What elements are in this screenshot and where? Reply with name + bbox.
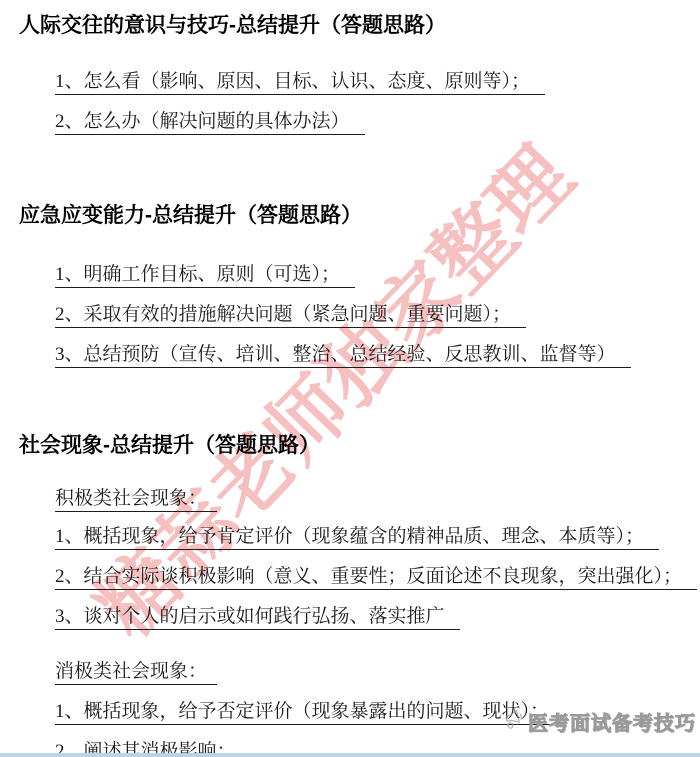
outline-item: 3、谈对个人的启示或如何践行弘扬、落实推广 <box>55 605 700 629</box>
outline-item-text: 1、概括现象，给予否定评价（现象暴露出的问题、现状）； <box>55 701 564 725</box>
section-title: 社会现象-总结提升（答题思路） <box>19 433 700 459</box>
subsection: 消极类社会现象：1、概括现象，给予否定评价（现象暴露出的问题、现状）；2、阐述其… <box>0 660 700 757</box>
document-page: 糖蒜老师独家整理 人际交往的意识与技巧-总结提升（答题思路）1、怎么看（影响、原… <box>0 0 700 757</box>
document-content: 人际交往的意识与技巧-总结提升（答题思路）1、怎么看（影响、原因、目标、认识、态… <box>0 0 700 757</box>
section-title: 人际交往的意识与技巧-总结提升（答题思路） <box>19 13 700 39</box>
section: 应急应变能力-总结提升（答题思路）1、明确工作目标、原则（可选）；2、采取有效的… <box>0 203 700 367</box>
item-list: 1、概括现象，给予否定评价（现象暴露出的问题、现状）；2、阐述其消极影响； <box>55 700 700 757</box>
outline-item: 2、怎么办（解决问题的具体办法） <box>55 110 700 134</box>
item-list: 1、概括现象，给予肯定评价（现象蕴含的精神品质、理念、本质等）；2、结合实际谈积… <box>55 525 700 629</box>
outline-item-text: 1、概括现象，给予肯定评价（现象蕴含的精神品质、理念、本质等）； <box>55 526 659 550</box>
item-list: 1、明确工作目标、原则（可选）；2、采取有效的措施解决问题（紧急问题、重要问题）… <box>55 263 700 367</box>
outline-item: 1、怎么看（影响、原因、目标、认识、态度、原则等）； <box>55 70 700 94</box>
item-list: 1、怎么看（影响、原因、目标、认识、态度、原则等）；2、怎么办（解决问题的具体办… <box>55 70 700 134</box>
outline-item: 1、明确工作目标、原则（可选）； <box>55 263 700 287</box>
outline-item-text: 2、怎么办（解决问题的具体办法） <box>55 111 365 135</box>
outline-item-text: 1、明确工作目标、原则（可选）； <box>55 264 355 288</box>
outline-item: 3、总结预防（宣传、培训、整治、总结经验、反思教训、监督等） <box>55 343 700 367</box>
outline-item: 2、结合实际谈积极影响（意义、重要性；反面论述不良现象，突出强化）； <box>55 565 700 589</box>
subsection-label: 积极类社会现象： <box>55 487 700 511</box>
section: 社会现象-总结提升（答题思路）积极类社会现象：1、概括现象，给予肯定评价（现象蕴… <box>0 433 700 757</box>
outline-item-text: 1、怎么看（影响、原因、目标、认识、态度、原则等）； <box>55 71 545 95</box>
bottom-divider <box>0 753 700 757</box>
subsection: 积极类社会现象：1、概括现象，给予肯定评价（现象蕴含的精神品质、理念、本质等）；… <box>0 487 700 629</box>
section-title: 应急应变能力-总结提升（答题思路） <box>19 203 700 229</box>
outline-item: 1、概括现象，给予肯定评价（现象蕴含的精神品质、理念、本质等）； <box>55 525 700 549</box>
outline-item-text: 3、总结预防（宣传、培训、整治、总结经验、反思教训、监督等） <box>55 344 631 368</box>
outline-item-text: 3、谈对个人的启示或如何践行弘扬、落实推广 <box>55 606 460 630</box>
outline-item-text: 2、采取有效的措施解决问题（紧急问题、重要问题）； <box>55 304 526 328</box>
subsection-label: 消极类社会现象： <box>55 660 700 684</box>
subsection-label-text: 积极类社会现象： <box>55 488 217 512</box>
section: 人际交往的意识与技巧-总结提升（答题思路）1、怎么看（影响、原因、目标、认识、态… <box>0 13 700 134</box>
outline-item: 1、概括现象，给予否定评价（现象暴露出的问题、现状）； <box>55 700 700 724</box>
outline-item-text: 2、结合实际谈积极影响（意义、重要性；反面论述不良现象，突出强化）； <box>55 566 697 590</box>
outline-item: 2、采取有效的措施解决问题（紧急问题、重要问题）； <box>55 303 700 327</box>
subsection-label-text: 消极类社会现象： <box>55 661 217 685</box>
